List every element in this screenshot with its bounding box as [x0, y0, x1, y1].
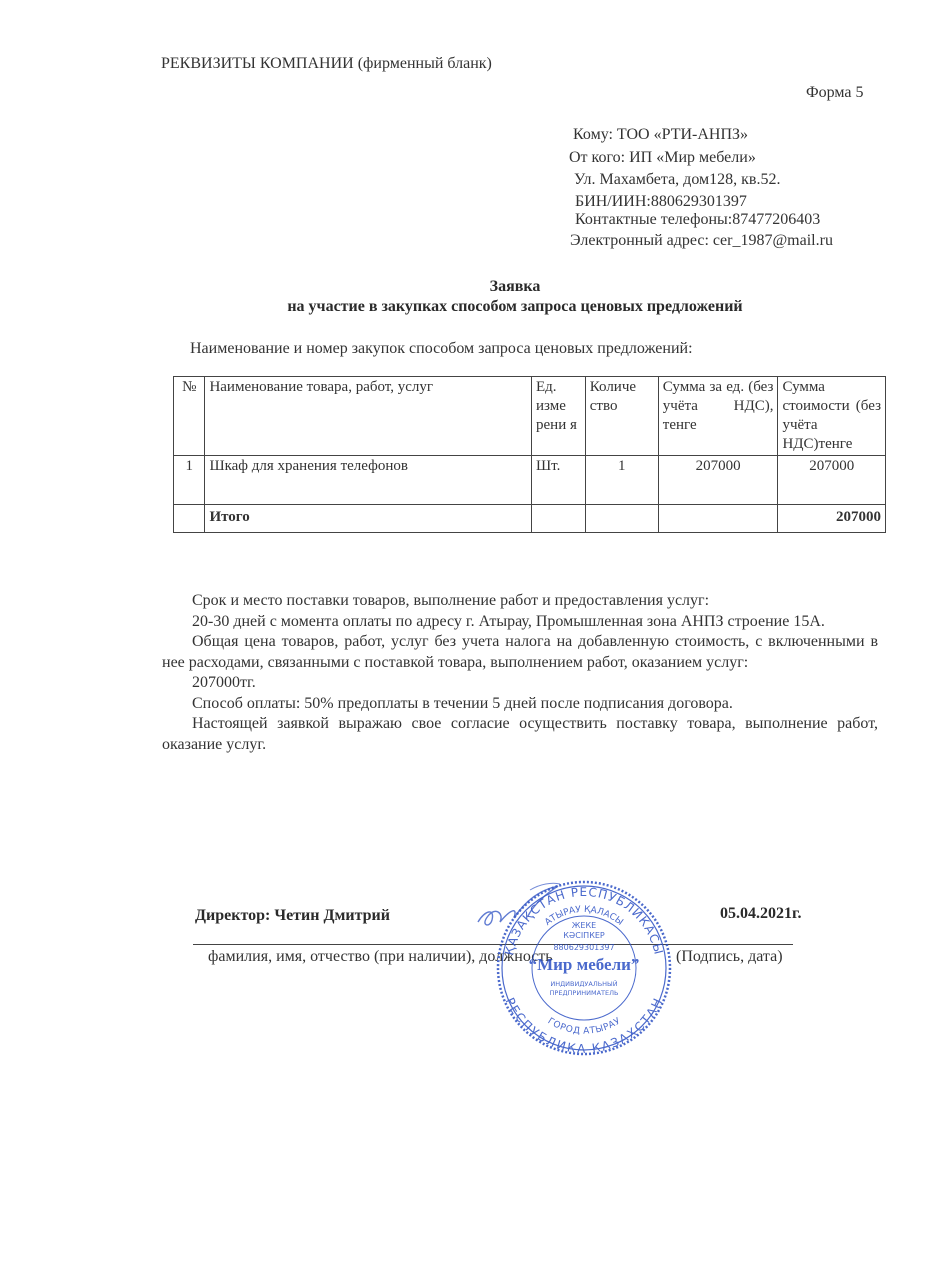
header-unit: Ед. изме рени я	[532, 377, 586, 456]
total-value: 207000	[778, 505, 886, 533]
cell-no: 1	[174, 456, 205, 505]
stamp-id: 880629301397	[553, 943, 614, 952]
signature-hint-sign: (Подпись, дата)	[676, 948, 783, 966]
stamp-inner-bottom: ГОРОД АТЫРАУ	[546, 1016, 623, 1037]
table-header-row: № Наименование товара, работ, услуг Ед. …	[174, 377, 886, 456]
cell-name: Шкаф для хранения телефонов	[205, 456, 532, 505]
cell-qty: 1	[585, 456, 658, 505]
cell-unit: Шт.	[532, 456, 586, 505]
svg-text:ГОРОД АТЫРАУ: ГОРОД АТЫРАУ	[546, 1016, 623, 1037]
table-total-row: Итого 207000	[174, 505, 886, 533]
document-title: Заявка	[0, 278, 930, 296]
payment-terms: Способ оплаты: 50% предоплаты в течении …	[162, 694, 878, 715]
signature-date: 05.04.2021г.	[720, 905, 801, 923]
header-name: Наименование товара, работ, услуг	[205, 377, 532, 456]
signatory-title: Директор: Четин Дмитрий	[195, 907, 390, 925]
stamp-line3: ИНДИВИДУАЛЬНЫЙ	[550, 979, 617, 988]
cell-empty	[658, 505, 778, 533]
svg-text:РЕСПУБЛИКА КАЗАХСТАН: РЕСПУБЛИКА КАЗАХСТАН	[503, 995, 666, 1055]
price-label: Общая цена товаров, работ, услуг без уче…	[162, 632, 878, 673]
body-text: Срок и место поставки товаров, выполнени…	[162, 591, 878, 755]
stamp-company-name: “Мир мебели”	[529, 955, 640, 974]
cell-empty	[174, 505, 205, 533]
handwritten-signature-icon	[470, 880, 580, 940]
items-table: № Наименование товара, работ, услуг Ед. …	[173, 376, 886, 533]
cell-empty	[585, 505, 658, 533]
consent-text: Настоящей заявкой выражаю свое согласие …	[162, 714, 878, 755]
cell-total: 207000	[778, 456, 886, 505]
signature-line	[193, 944, 793, 945]
header-qty: Количе ство	[585, 377, 658, 456]
price-value: 207000тг.	[162, 673, 878, 694]
header-total: Сумма стоимости (без учёта НДС)тенге	[778, 377, 886, 456]
addressee-from: От кого: ИП «Мир мебели»	[569, 149, 756, 167]
letterhead-label: РЕКВИЗИТЫ КОМПАНИИ (фирменный бланк)	[161, 55, 492, 73]
header-unit-price: Сумма за ед. (без учёта НДС), тенге	[658, 377, 778, 456]
total-label: Итого	[205, 505, 532, 533]
addressee-phones: Контактные телефоны:87477206403	[575, 211, 820, 229]
procurement-label: Наименование и номер закупок способом за…	[190, 340, 693, 358]
delivery-text: 20-30 дней с момента оплаты по адресу г.…	[162, 612, 878, 633]
header-no: №	[174, 377, 205, 456]
addressee-email: Электронный адрес: cer_1987@mail.ru	[570, 232, 833, 250]
addressee-bin: БИН/ИИН:880629301397	[575, 193, 747, 211]
stamp-line4: ПРЕДПРИНИМАТЕЛЬ	[550, 989, 619, 997]
cell-empty	[532, 505, 586, 533]
document-subtitle: на участие в закупках способом запроса ц…	[0, 298, 930, 316]
delivery-label: Срок и место поставки товаров, выполнени…	[162, 591, 878, 612]
cell-unit-price: 207000	[658, 456, 778, 505]
addressee-to: Кому: ТОО «РТИ-АНПЗ»	[573, 126, 748, 144]
form-number: Форма 5	[806, 84, 864, 102]
addressee-address: Ул. Махамбета, дом128, кв.52.	[574, 171, 780, 189]
table-row: 1 Шкаф для хранения телефонов Шт. 1 2070…	[174, 456, 886, 505]
stamp-outer-bottom: РЕСПУБЛИКА КАЗАХСТАН	[503, 995, 666, 1055]
